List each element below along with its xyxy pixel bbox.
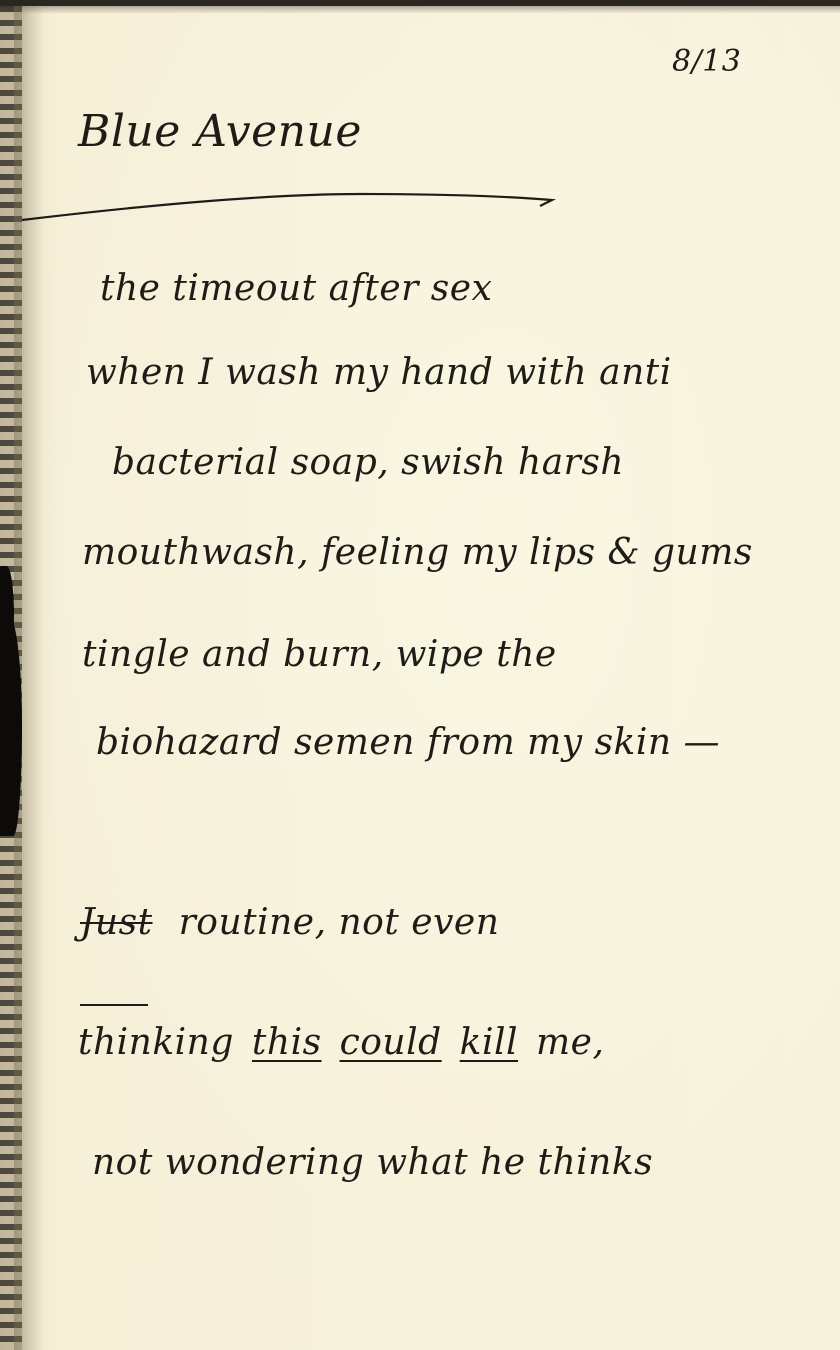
underlined-word-kill: kill	[460, 1022, 518, 1063]
struck-out-word: Just	[80, 902, 153, 943]
poem-line-6: biohazard semen from my skin —	[96, 722, 720, 763]
page-top-shadow	[0, 6, 840, 14]
line-7-text: routine, not even	[179, 902, 500, 943]
poem-line-7: Justroutine, not even	[80, 902, 499, 943]
poem-line-4: mouthwash, feeling my lips & gums	[82, 532, 753, 573]
page-date: 8/13	[672, 44, 741, 79]
poem-line-9: not wondering what he thinks	[92, 1142, 653, 1183]
title-underline-rule	[20, 192, 560, 232]
poem-line-2: when I wash my hand with anti	[86, 352, 672, 393]
poem-line-1: the timeout after sex	[100, 268, 492, 309]
poem-line-8: thinkingthiscouldkillme,	[78, 1022, 604, 1063]
word-me: me,	[536, 1022, 604, 1063]
poem-line-3: bacterial soap, swish harsh	[112, 442, 624, 483]
poem-line-5: tingle and burn, wipe the	[82, 634, 557, 675]
underlined-word-this: this	[252, 1022, 322, 1063]
manuscript-page: 8/13 Blue Avenue the timeout after sex w…	[0, 6, 840, 1350]
page-title: Blue Avenue	[78, 106, 362, 157]
word-thinking: thinking	[78, 1022, 234, 1063]
margin-dash-mark	[80, 1004, 148, 1006]
underlined-word-could: could	[340, 1022, 442, 1063]
